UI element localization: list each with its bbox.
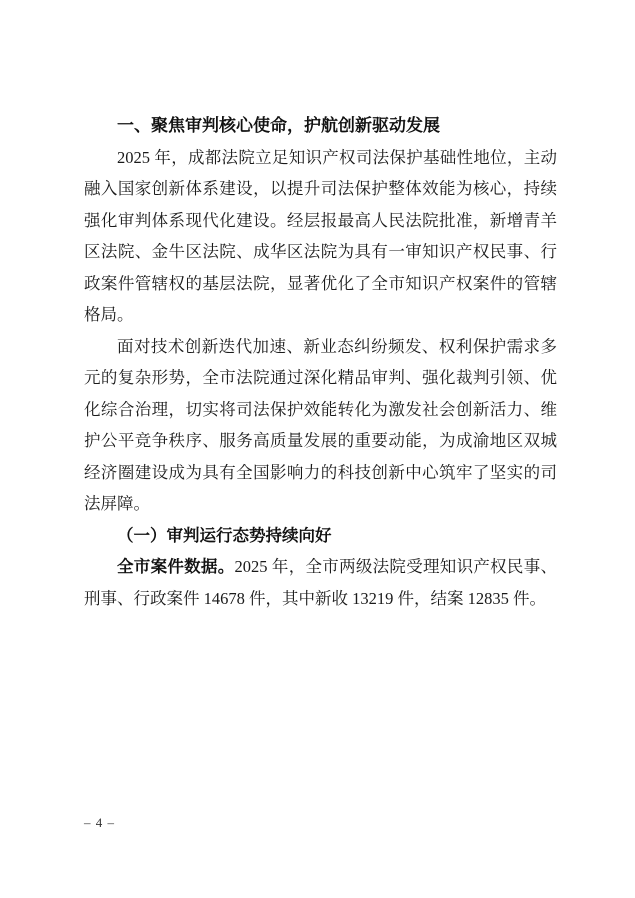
page-number: – 4 – — [84, 814, 115, 832]
document-page: 一、聚焦审判核心使命，护航创新驱动发展 2025 年，成都法院立足知识产权司法保… — [0, 0, 635, 898]
case-data-lead: 全市案件数据。 — [117, 557, 235, 576]
section-heading: 一、聚焦审判核心使命，护航创新驱动发展 — [84, 110, 557, 142]
paragraph-case-data: 全市案件数据。2025 年，全市两级法院受理知识产权民事、刑事、行政案件 146… — [84, 551, 557, 614]
paragraph-overview: 2025 年，成都法院立足知识产权司法保护基础性地位，主动融入国家创新体系建设，… — [84, 142, 557, 331]
paragraph-situation: 面对技术创新迭代加速、新业态纠纷频发、权利保护需求多元的复杂形势，全市法院通过深… — [84, 331, 557, 520]
subsection-heading: （一）审判运行态势持续向好 — [84, 520, 557, 552]
document-content: 一、聚焦审判核心使命，护航创新驱动发展 2025 年，成都法院立足知识产权司法保… — [84, 110, 557, 614]
